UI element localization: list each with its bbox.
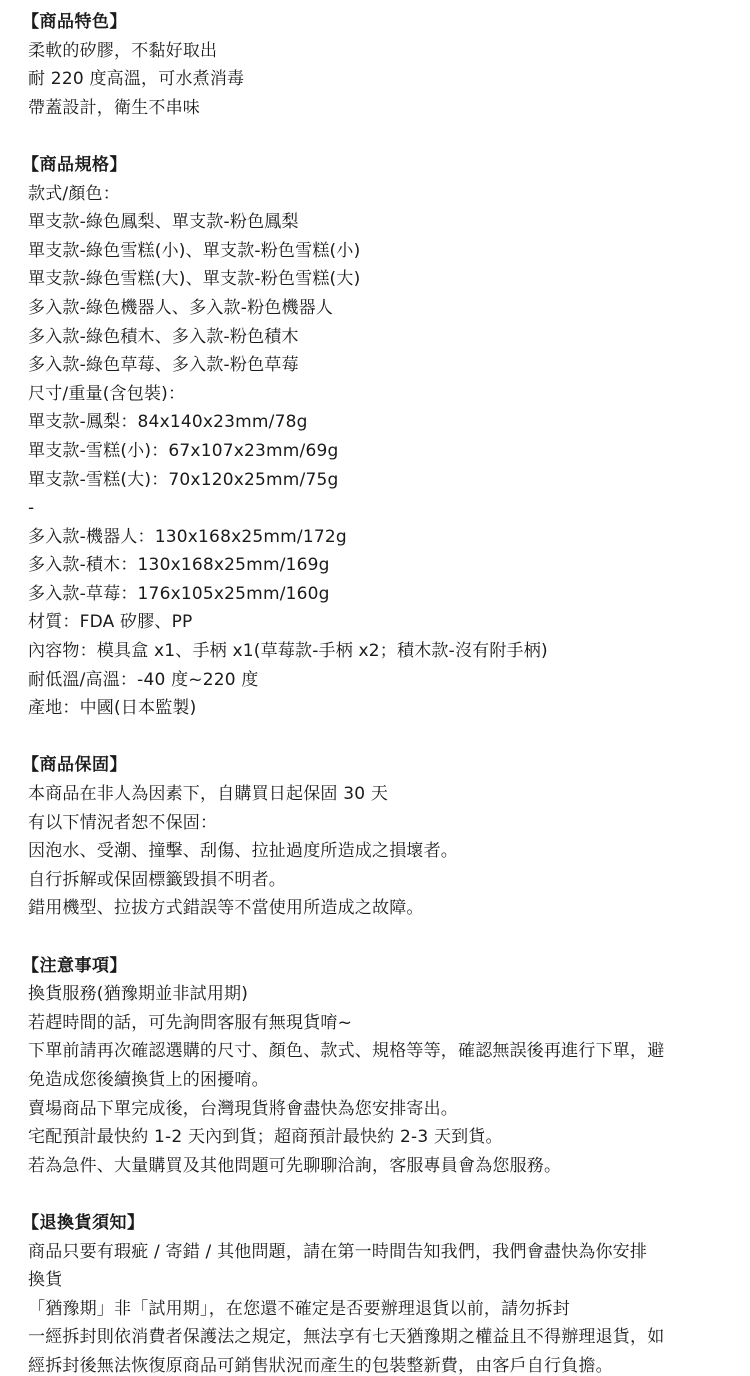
text-line: 柔軟的矽膠，不黏好取出 [28, 37, 750, 66]
text-line: 下單前請再次確認選購的尺寸、顏色、款式、規格等等，確認無誤後再進行下單，避 [28, 1037, 750, 1066]
text-line: 多入款-草莓：176x105x25mm/160g [28, 580, 750, 609]
text-line: 若趕時間的話，可先詢問客服有無現貨唷~ [28, 1009, 750, 1038]
text-line: 因泡水、受潮、撞擊、刮傷、拉扯過度所造成之損壞者。 [28, 837, 750, 866]
text-line: 有以下情況者恕不保固： [28, 809, 750, 838]
section-warranty: 【商品保固】 本商品在非人為因素下，自購買日起保固 30 天 有以下情況者恕不保… [28, 751, 750, 923]
section-heading: 【商品保固】 [22, 751, 750, 780]
text-line: 多入款-綠色機器人、多入款-粉色機器人 [28, 294, 750, 323]
section-notes: 【注意事項】 換貨服務(猶豫期並非試用期) 若趕時間的話，可先詢問客服有無現貨唷… [28, 952, 750, 1181]
section-heading: 【退換貨須知】 [22, 1209, 750, 1238]
section-heading: 【商品規格】 [22, 151, 750, 180]
section-specifications: 【商品規格】 款式/顏色： 單支款-綠色鳳梨、單支款-粉色鳳梨 單支款-綠色雪糕… [28, 151, 750, 723]
text-line: 商品只要有瑕疵 / 寄錯 / 其他問題，請在第一時間告知我們，我們會盡快為你安排 [28, 1238, 750, 1267]
product-description: 【商品特色】 柔軟的矽膠，不黏好取出 耐 220 度高溫，可水煮消毒 帶蓋設計，… [0, 0, 750, 1376]
text-line: 耐低溫/高溫：-40 度~220 度 [28, 666, 750, 695]
text-line: 「猶豫期」非「試用期」，在您還不確定是否要辦理退貨以前，請勿拆封 [28, 1295, 750, 1324]
text-line: 款式/顏色： [28, 180, 750, 209]
text-line: 若為急件、大量購買及其他問題可先聊聊洽詢，客服專員會為您服務。 [28, 1152, 750, 1181]
text-line: 尺寸/重量(含包裝)： [28, 380, 750, 409]
text-line: 單支款-綠色鳳梨、單支款-粉色鳳梨 [28, 208, 750, 237]
text-line: 錯用機型、拉拔方式錯誤等不當使用所造成之故障。 [28, 894, 750, 923]
text-line: 單支款-綠色雪糕(小)、單支款-粉色雪糕(小) [28, 237, 750, 266]
text-line: 單支款-雪糕(大)：70x120x25mm/75g [28, 466, 750, 495]
text-line: 賣場商品下單完成後，台灣現貨將會盡快為您安排寄出。 [28, 1095, 750, 1124]
text-line: - [28, 494, 750, 523]
text-line: 自行拆解或保固標籤毀損不明者。 [28, 866, 750, 895]
text-line: 換貨 [28, 1266, 750, 1295]
text-line: 單支款-鳳梨：84x140x23mm/78g [28, 408, 750, 437]
text-line: 多入款-綠色積木、多入款-粉色積木 [28, 323, 750, 352]
text-line: 換貨服務(猶豫期並非試用期) [28, 980, 750, 1009]
text-line: 免造成您後續換貨上的困擾唷。 [28, 1066, 750, 1095]
section-heading: 【注意事項】 [22, 952, 750, 981]
text-line: 多入款-機器人：130x168x25mm/172g [28, 523, 750, 552]
text-line: 內容物：模具盒 x1、手柄 x1(草莓款-手柄 x2；積木款-沒有附手柄) [28, 637, 750, 666]
text-line: 單支款-雪糕(小)：67x107x23mm/69g [28, 437, 750, 466]
text-line: 材質：FDA 矽膠、PP [28, 608, 750, 637]
text-line: 多入款-綠色草莓、多入款-粉色草莓 [28, 351, 750, 380]
text-line: 耐 220 度高溫，可水煮消毒 [28, 65, 750, 94]
section-returns: 【退換貨須知】 商品只要有瑕疵 / 寄錯 / 其他問題，請在第一時間告知我們，我… [28, 1209, 750, 1376]
text-line: 產地：中國(日本監製) [28, 694, 750, 723]
text-line: 單支款-綠色雪糕(大)、單支款-粉色雪糕(大) [28, 265, 750, 294]
section-heading: 【商品特色】 [22, 8, 750, 37]
section-features: 【商品特色】 柔軟的矽膠，不黏好取出 耐 220 度高溫，可水煮消毒 帶蓋設計，… [28, 8, 750, 122]
text-line: 多入款-積木：130x168x25mm/169g [28, 551, 750, 580]
text-line: 一經拆封則依消費者保護法之規定，無法享有七天猶豫期之權益且不得辦理退貨，如 [28, 1323, 750, 1352]
text-line: 本商品在非人為因素下，自購買日起保固 30 天 [28, 780, 750, 809]
text-line: 經拆封後無法恢復原商品可銷售狀況而產生的包裝整新費，由客戶自行負擔。 [28, 1352, 750, 1376]
text-line: 宅配預計最快約 1-2 天內到貨；超商預計最快約 2-3 天到貨。 [28, 1123, 750, 1152]
text-line: 帶蓋設計，衛生不串味 [28, 94, 750, 123]
